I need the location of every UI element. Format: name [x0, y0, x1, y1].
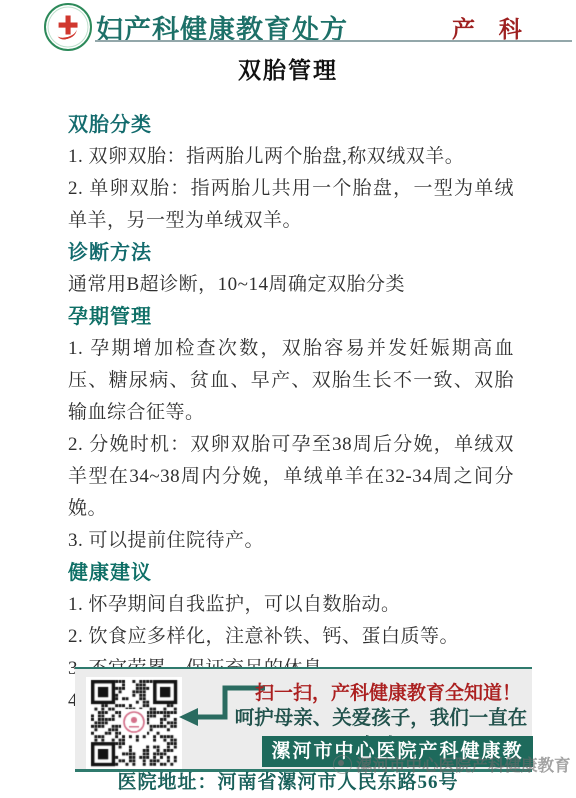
- qr-code-wrap: [86, 677, 182, 769]
- paragraph: 通常用B超诊断，10~14周确定双胎分类: [68, 269, 514, 301]
- paragraph: 2. 分娩时机：双卵双胎可孕至38周后分娩，单绒双羊型在34~38周内分娩，单绒…: [68, 429, 514, 525]
- section-heading: 双胎分类: [68, 109, 514, 141]
- section-heading: 诊断方法: [68, 237, 514, 269]
- paragraph: 2. 单卵双胎：指两胎儿共用一个胎盘，一型为单绒单羊，另一型为单绒双羊。: [68, 173, 514, 237]
- scan-slogan: 扫一扫，产科健康教育全知道！: [243, 678, 533, 705]
- paragraph: 1. 怀孕期间自我监护，可以自数胎动。: [68, 589, 514, 621]
- paragraph: 2. 饮食应多样化，注意补铁、钙、蛋白质等。: [68, 621, 514, 653]
- section-heading: 健康建议: [68, 557, 514, 589]
- watermark: 漯河市中心医院产科健康教育: [333, 752, 571, 776]
- page-title: 双胎管理: [0, 52, 576, 85]
- hospital-logo-icon: ✚: [44, 3, 92, 51]
- content: 双胎分类1. 双卵双胎：指两胎儿两个胎盘,称双绒双羊。2. 单卵双胎：指两胎儿共…: [68, 109, 514, 717]
- health-education-sheet: ✚ 妇产科健康教育处方 产 科 双胎管理 双胎分类1. 双卵双胎：指两胎儿两个胎…: [0, 0, 576, 798]
- section-heading: 孕期管理: [68, 301, 514, 333]
- watermark-text: 漯河市中心医院产科健康教育: [356, 752, 571, 776]
- paragraph: 1. 孕期增加检查次数，双胎容易并发妊娠期高血压、糖尿病、贫血、早产、双胎生长不…: [68, 333, 514, 429]
- paragraph: 3. 可以提前住院待产。: [68, 525, 514, 557]
- header-divider: [95, 40, 572, 42]
- watermark-logo-icon: [333, 755, 352, 774]
- paragraph: 1. 双卵双胎：指两胎儿两个胎盘,称双绒双羊。: [68, 141, 514, 173]
- qr-code: [88, 678, 180, 768]
